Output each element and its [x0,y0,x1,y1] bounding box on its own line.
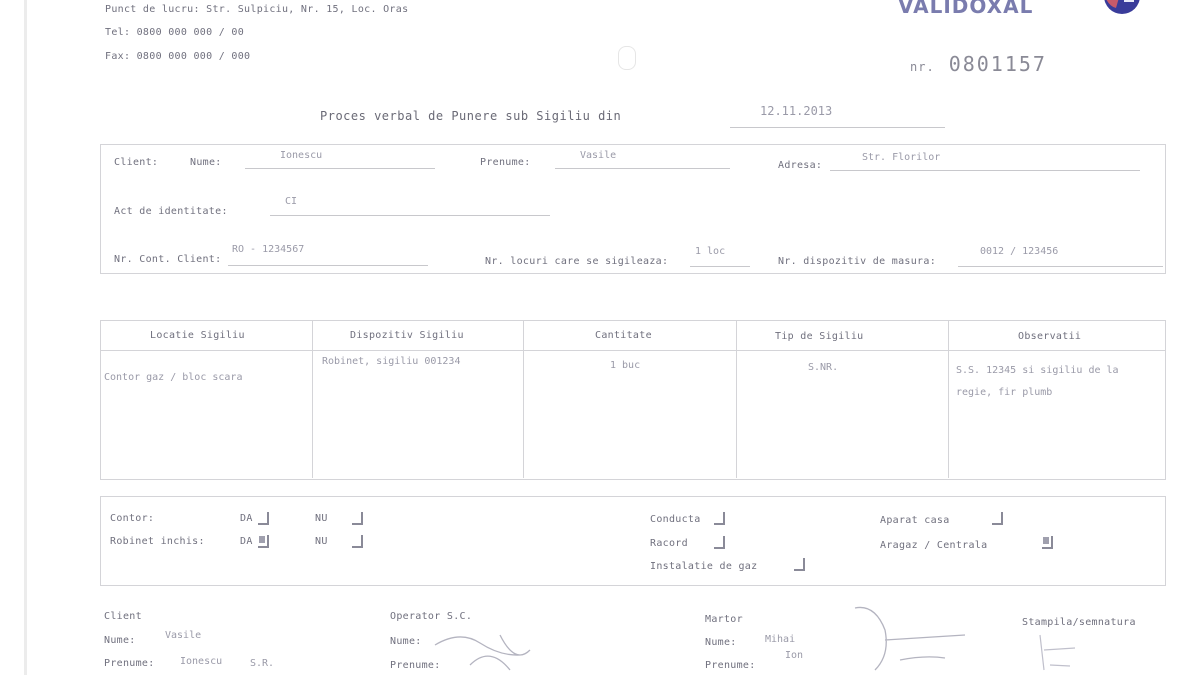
signature-witness-surname-label: Prenume: [705,660,756,671]
signature-witness-name: Mihai [765,634,795,645]
seal-device-underline [958,266,1163,267]
cell-type: S.NR. [808,362,838,373]
signature-agent-title: Operator S.C. [390,611,472,622]
contract-label: Nr. Cont. Client: [114,254,221,265]
table-header-divider [100,350,1166,351]
cell-location: Contor gaz / bloc scara [104,372,242,383]
signature-witness-surname: Ion [785,650,803,661]
col-divider [736,320,737,478]
checkbox-valve-no[interactable] [352,535,363,548]
meter-value: 1 loc [695,246,725,257]
address-value: Str. Florilor [862,152,940,163]
brand-logo-icon [1090,0,1160,22]
meter-underline [690,266,750,267]
signature-witness-name-label: Nume: [705,637,737,648]
table-header-device: Dispozitiv Sigiliu [350,330,464,341]
signature-client-name: Vasile [165,630,201,641]
address-underline [830,170,1140,171]
witness-signature-icon [845,600,985,675]
cell-quantity: 1 buc [610,360,640,371]
cell-notes: S.S. 12345 si sigiliu de la regie, fir p… [956,360,1146,404]
checkbox-valve-yes[interactable] [258,535,269,548]
cell-device: Robinet, sigiliu 001234 [322,356,460,367]
company-phone: Tel: 0800 000 000 / 00 [105,27,244,38]
id-label: Act de identitate: [114,206,228,217]
surname-value: Vasile [580,150,616,161]
surname-label: Prenume: [480,157,531,168]
check-no-label: NU [315,513,328,524]
check-label-valve: Robinet inchis: [110,536,205,547]
check-label-appliance: Aparat casa [880,515,950,526]
check-no-label: NU [315,536,328,547]
signature-client-extra: S.R. [250,658,274,669]
checkbox-stove[interactable] [1042,536,1053,549]
signature-agent-name-label: Nume: [390,636,422,647]
col-divider [312,320,313,478]
id-underline [270,215,550,216]
checkbox-appliance[interactable] [992,512,1003,525]
signature-stamp-title: Stampila/semnatura [1022,617,1136,628]
col-divider [948,320,949,478]
checkbox-connection[interactable] [714,536,725,549]
contract-value: RO - 1234567 [232,244,304,255]
checkbox-pipe[interactable] [714,512,725,525]
seal-device-value: 0012 / 123456 [980,246,1058,257]
name-label: Nume: [190,157,222,168]
contract-underline [228,265,428,266]
signature-client-name-label: Nume: [104,635,136,646]
check-label-pipe: Conducta [650,514,701,525]
checkbox-meter-yes[interactable] [258,512,269,525]
brand-name: VALIDOXAL [898,0,1033,18]
address-label: Adresa: [778,160,822,171]
date-underline [730,127,945,128]
table-header-quantity: Cantitate [595,330,652,341]
checkbox-meter-no[interactable] [352,512,363,525]
id-value: CI [285,196,297,207]
checkbox-installation[interactable] [794,558,805,571]
col-divider [523,320,524,478]
name-underline [245,168,435,169]
check-label-connection: Racord [650,538,688,549]
signature-witness-title: Martor [705,614,743,625]
check-label-stove: Aragaz / Centrala [880,540,987,551]
agent-signature-icon [430,625,550,675]
table-header-location: Locatie Sigiliu [150,330,245,341]
check-label-meter: Contor: [110,513,154,524]
check-yes-label: DA [240,513,253,524]
scan-edge [24,0,27,675]
client-label: Client: [114,157,158,168]
company-fax: Fax: 0800 000 000 / 000 [105,51,250,62]
document-title: Proces verbal de Punere sub Sigiliu din [320,109,621,123]
punch-hole [618,46,636,70]
signature-client-surname-label: Prenume: [104,658,155,669]
signature-client-surname: Ionescu [180,656,222,667]
table-header-notes: Observatii [1018,331,1081,342]
seal-device-label: Nr. dispozitiv de masura: [778,256,936,267]
name-value: Ionescu [280,150,322,161]
company-address: Punct de lucru: Str. Sulpiciu, Nr. 15, L… [105,4,408,15]
surname-underline [555,168,730,169]
check-label-installation: Instalatie de gaz [650,561,757,572]
signature-client-title: Client [104,611,142,622]
meter-label: Nr. locuri care se sigileaza: [485,256,668,267]
table-header-type: Tip de Sigiliu [775,331,864,342]
check-yes-label: DA [240,536,253,547]
document-date: 12.11.2013 [760,104,832,118]
document-serial: nr.0801157 [910,52,1047,76]
stamp-mark-icon [1030,630,1090,675]
